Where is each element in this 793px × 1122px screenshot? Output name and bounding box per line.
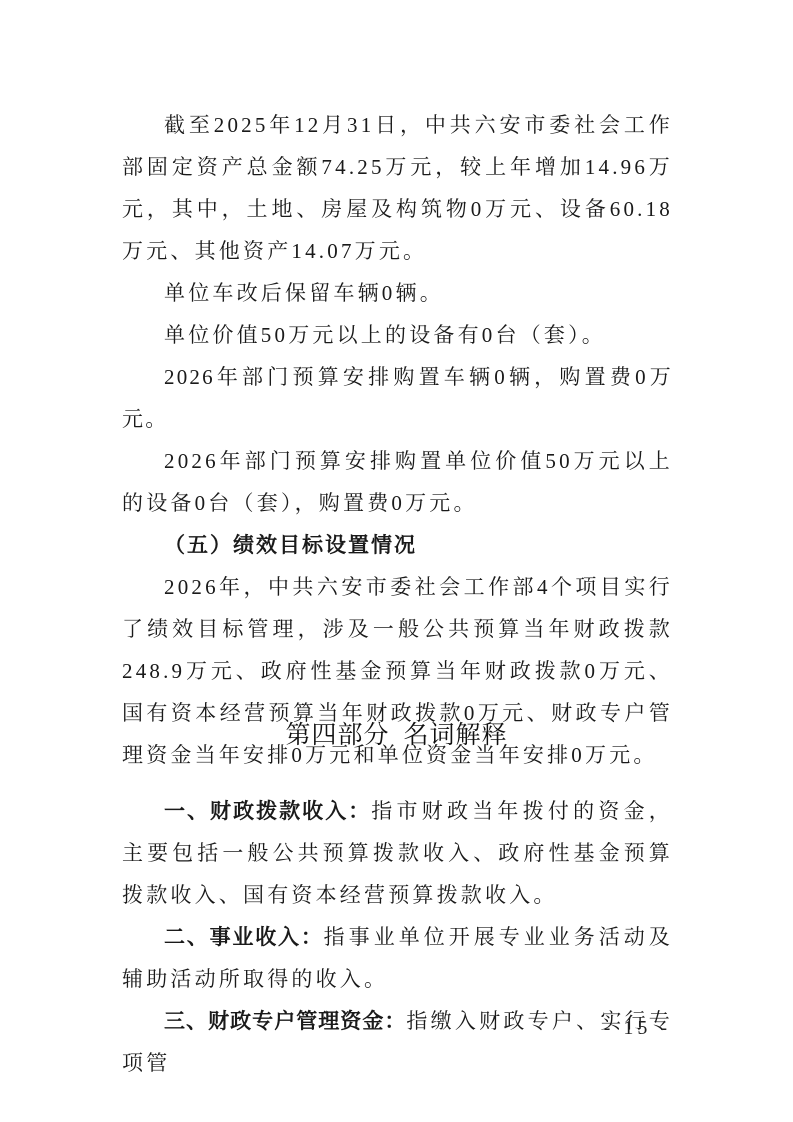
section-four-name: 名词解释 [404,720,508,749]
glossary-term: 一、财政拨款收入： [164,799,371,823]
document-page: 截至2025年12月31日，中共六安市委社会工作部固定资产总金额74.25万元，… [0,0,793,1122]
page-number: - 15 - [604,1013,671,1043]
equipment-purchase-paragraph: 2026年部门预算安排购置单位价值50万元以上的设备0台（套），购置费0万元。 [122,440,673,524]
glossary-item: 二、事业收入：指事业单位开展专业业务活动及辅助活动所取得的收入。 [122,916,673,1000]
glossary-item: 一、财政拨款收入：指市财政当年拨付的资金，主要包括一般公共预算拨款收入、政府性基… [122,790,673,916]
section-four-part-label: 第四部分 [285,720,389,749]
section-four-title: 第四部分名词解释 [0,715,793,755]
equipment-count-paragraph: 单位价值50万元以上的设备有0台（套）。 [122,314,673,356]
vehicle-purchase-paragraph: 2026年部门预算安排购置车辆0辆，购置费0万元。 [122,356,673,440]
vehicles-retained-paragraph: 单位车改后保留车辆0辆。 [122,272,673,314]
glossary-term: 三、财政专户管理资金： [164,1009,406,1033]
assets-section: 截至2025年12月31日，中共六安市委社会工作部固定资产总金额74.25万元，… [122,104,673,776]
glossary-term: 二、事业收入： [164,925,324,949]
glossary-item: 三、财政专户管理资金：指缴入财政专户、实行专项管 [122,1000,673,1084]
glossary-section: 一、财政拨款收入：指市财政当年拨付的资金，主要包括一般公共预算拨款收入、政府性基… [122,790,673,1084]
performance-goals-subheading: （五）绩效目标设置情况 [122,524,673,566]
fixed-assets-paragraph: 截至2025年12月31日，中共六安市委社会工作部固定资产总金额74.25万元，… [122,104,673,272]
